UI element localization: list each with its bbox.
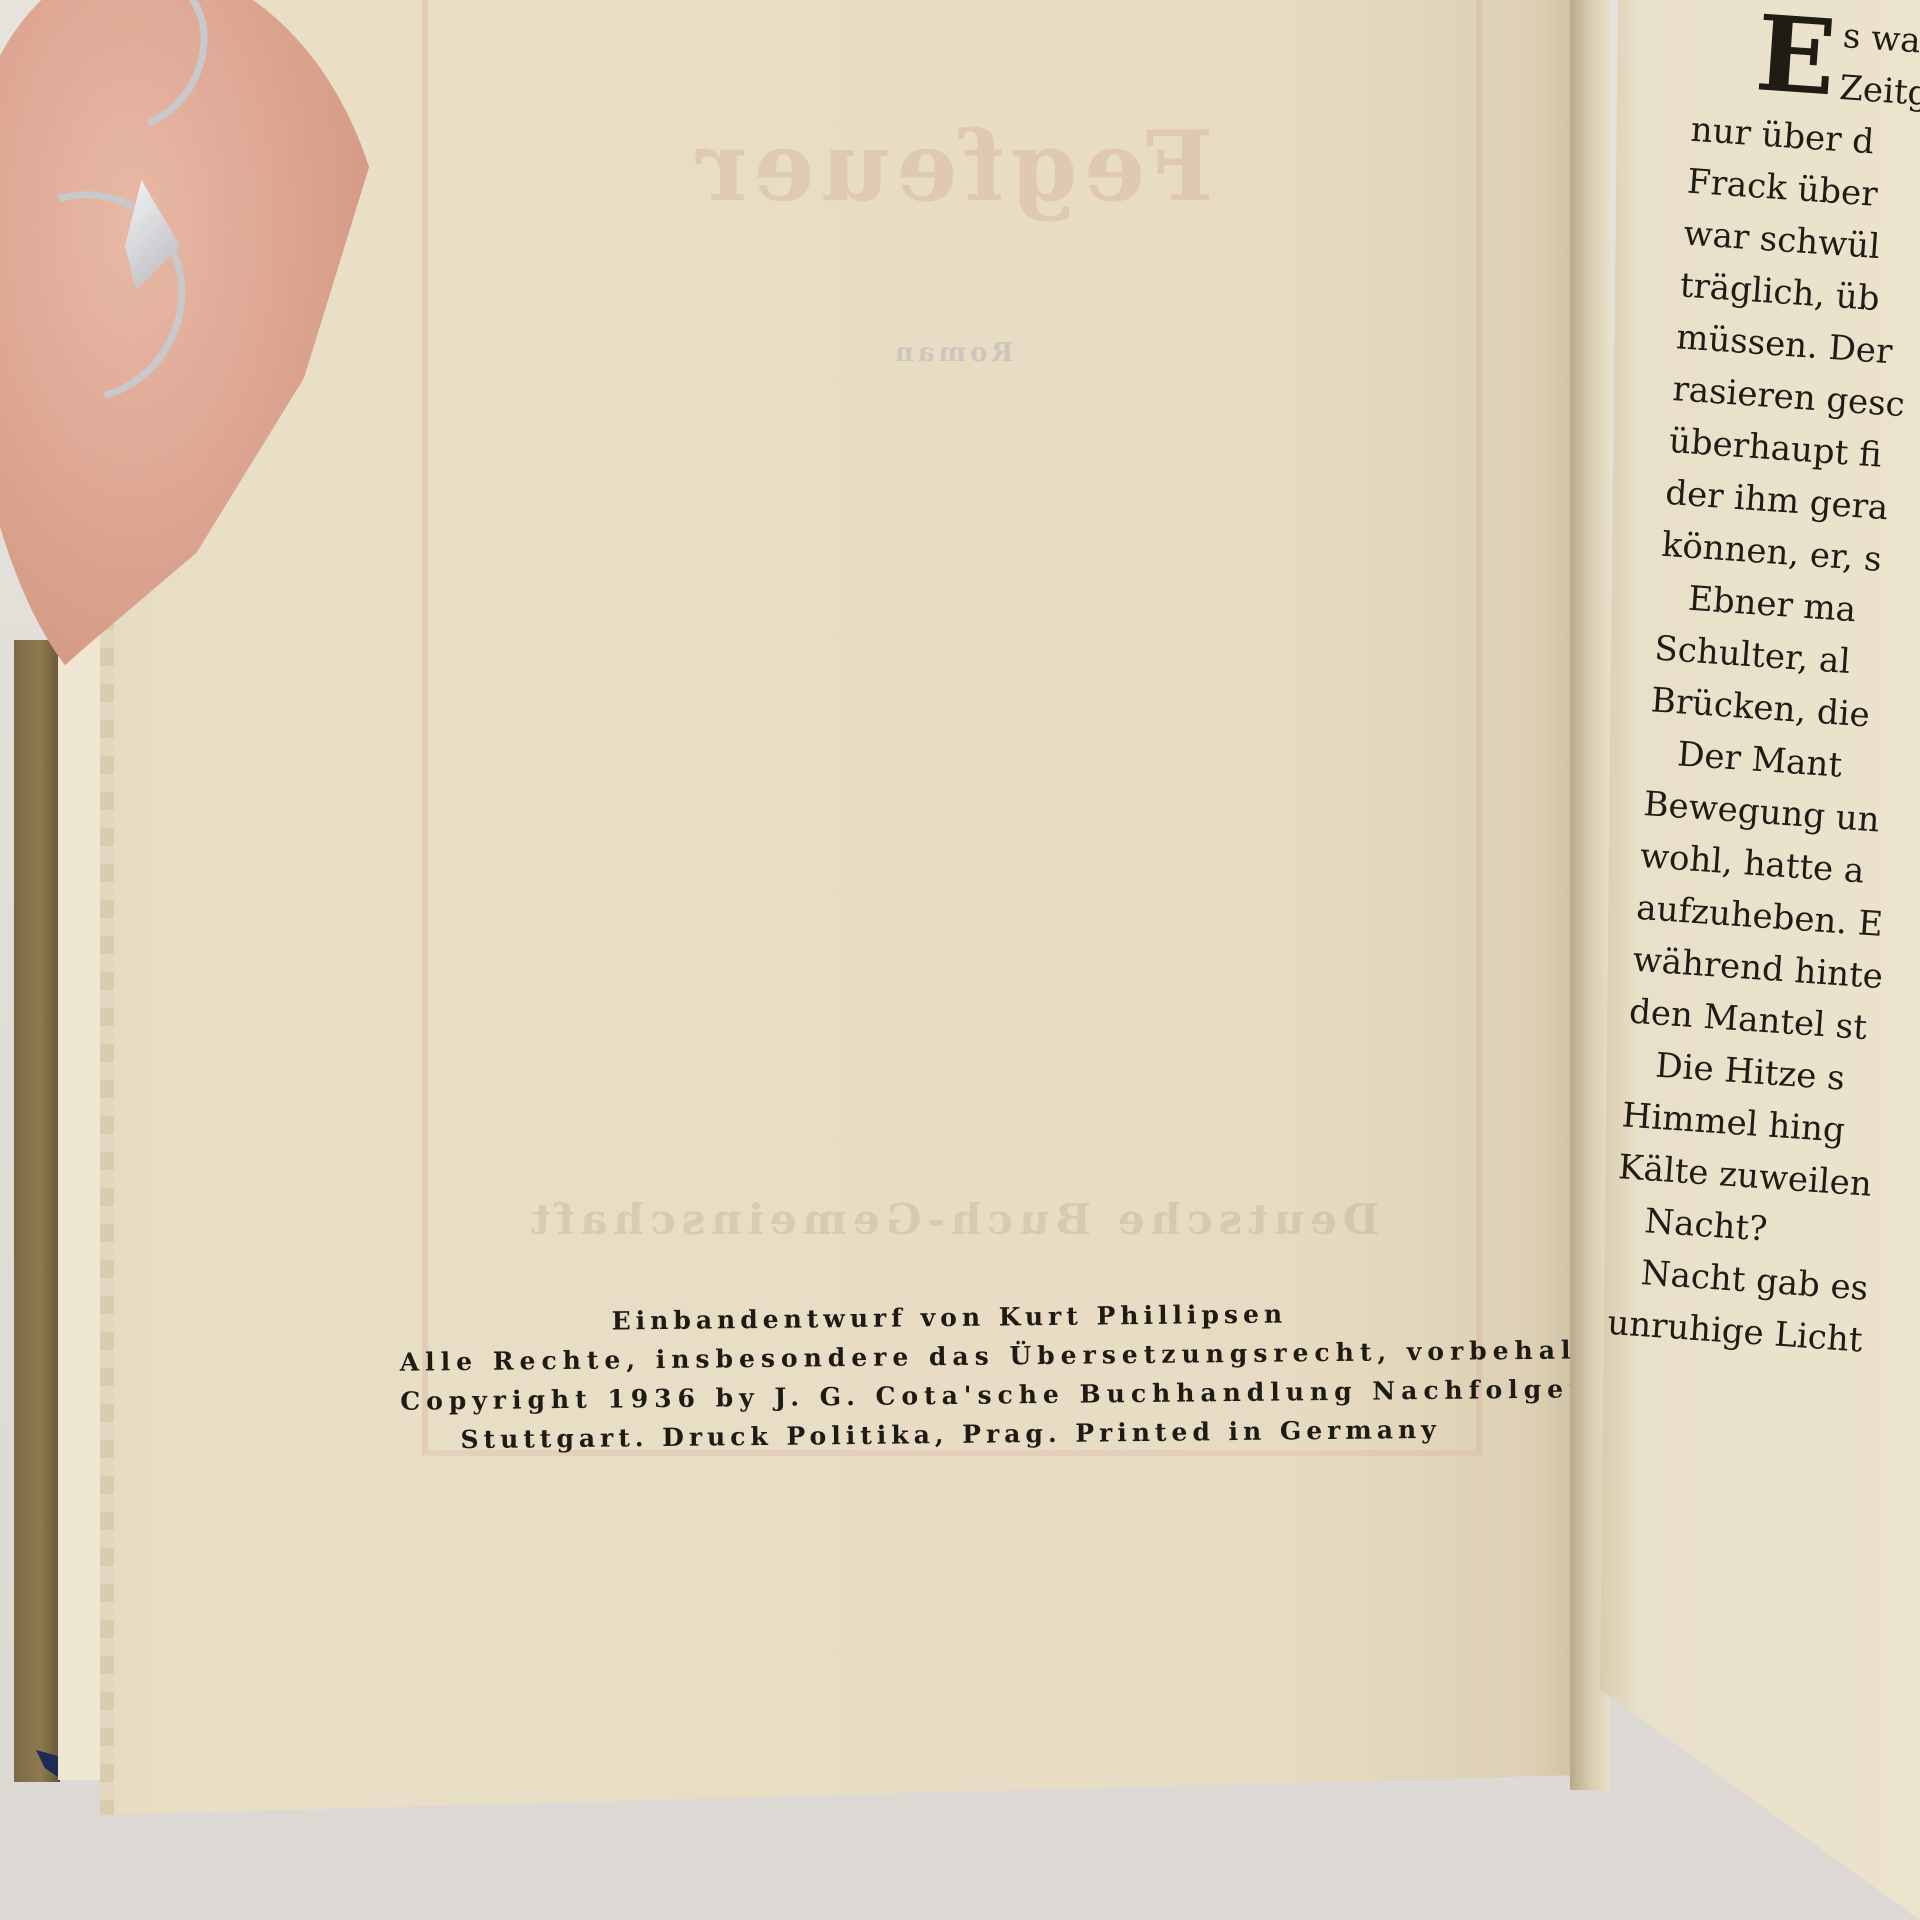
drop-cap: E: [1753, 10, 1838, 101]
bleed-through-title: Fegfeuer: [428, 110, 1476, 223]
bleed-through-frame: Fegfeuer Roman Deutsche Buch-Gemeinschaf…: [422, 0, 1482, 1456]
imprint-block: Einbandentwurf von Kurt Phillipsen Alle …: [399, 1292, 1501, 1460]
bleed-through-publisher: Deutsche Buch-Gemeinschaft: [428, 1195, 1476, 1244]
book-photo: Fegfeuer Roman Deutsche Buch-Gemeinschaf…: [0, 0, 1920, 1920]
flyleaf-edge: [58, 560, 105, 1780]
bleed-through-subtitle: Roman: [428, 338, 1476, 368]
book-cover-edge: [14, 640, 60, 1782]
